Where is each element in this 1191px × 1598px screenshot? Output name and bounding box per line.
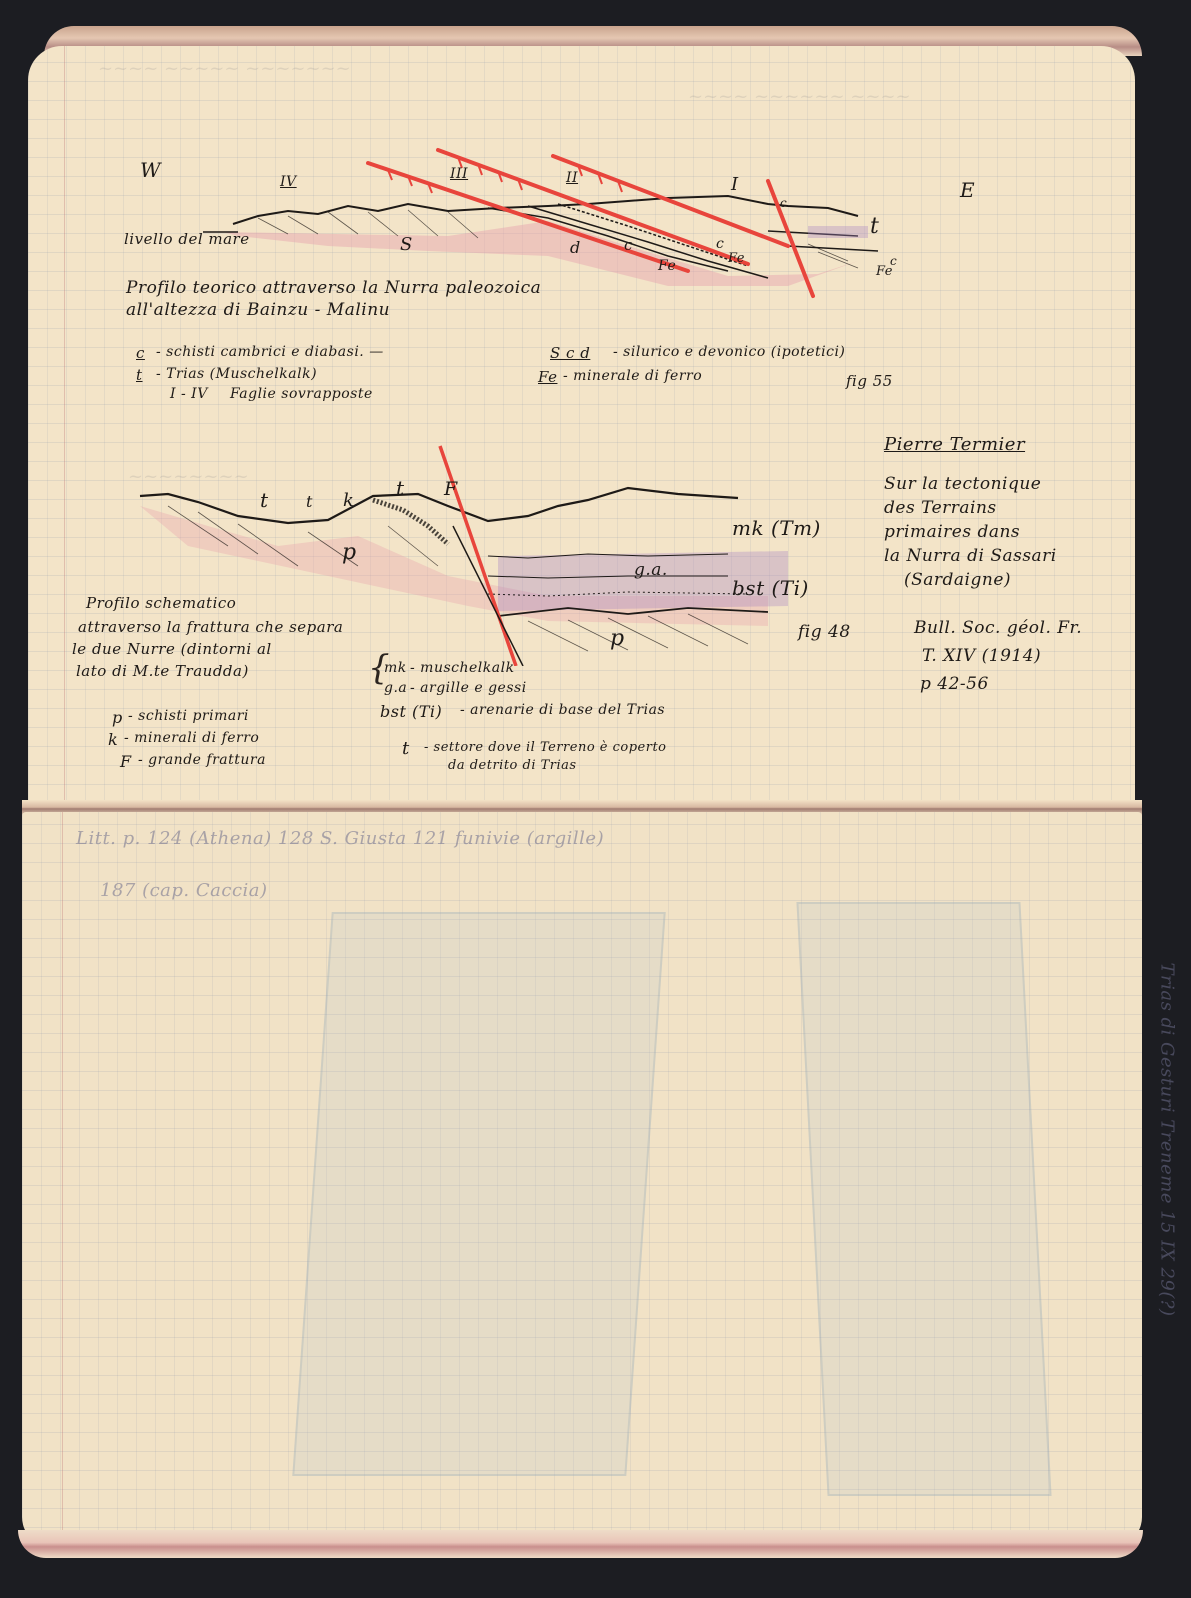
legend-symbol: S c d [550,344,590,362]
notebook-spread: ~~~~ ~~~~~ ~~~~~~~ ~~~~ ~~~~~~ ~~~~ ~~~~… [0,0,1191,1598]
legend-text: - muschelkalk [410,660,515,676]
stratum-label: c [716,236,724,252]
section1-caption-line1: Profilo teorico attraverso la Nurra pale… [126,278,541,298]
surface-label: k [343,490,354,511]
legend-symbol: F [120,752,132,771]
stratum-label: d [570,238,581,257]
legend-text: - settore dove il Terreno è coperto [424,740,667,755]
reference-title-line: la Nurra di Sassari [884,546,1057,566]
reference-author: Pierre Termier [884,434,1025,455]
legend-text: - minerali di ferro [124,730,259,746]
legend-symbol: mk [384,660,407,676]
legend-symbol: k [108,730,118,749]
section1-caption-line2: all'altezza di Bainzu - Malinu [126,300,390,320]
legend-symbol: t [402,738,410,759]
stratum-label: t [870,214,879,239]
legend-text: - arenarie di base del Trias [460,702,665,718]
legend-text: - schisti primari [128,708,249,724]
legend-symbol: Fe [538,368,557,386]
reference-pages: p 42-56 [920,674,989,694]
caption-line: le due Nurre (dintorni al [72,640,272,658]
legend-text: Faglie sovrapposte [230,386,373,402]
margin-line [62,812,63,1547]
stratum-label: S [400,234,413,255]
surface-label: t [306,492,313,511]
stratum-label: c [780,196,787,210]
bleed-through-sketch [796,902,1051,1496]
legend-text: - silurico e devonico (ipotetici) [613,344,845,360]
east-label: E [960,178,975,202]
legend-text: - Trias (Muschelkalk) [156,366,317,382]
reference-title-line: Sur la tectonique [884,474,1041,494]
caption-line: attraverso la frattura che separa [78,618,343,636]
vertical-pencil-note: Trias di Gesturi Treneme 15 IX 29(?) [1157,963,1178,1483]
reference-title-line: des Terrains [884,498,997,518]
sea-level-label: livello del mare [124,230,250,248]
caption-line: Profilo schematico [86,594,236,612]
reference-title-line: primaires dans [884,522,1020,542]
bleed-through-sketch [292,912,665,1476]
reference-journal: Bull. Soc. géol. Fr. [914,618,1082,638]
stratum-label: Fe [876,264,893,279]
west-label: W [140,158,161,182]
reference-volume: T. XIV (1914) [922,646,1041,666]
legend-symbol: I - IV [170,386,208,402]
bottom-page: Litt. p. 124 (Athena) 128 S. Giusta 121 … [22,812,1142,1547]
surface-label: t [396,476,405,500]
stratum-label: Fe [728,251,745,266]
nappe-label: IV [280,174,297,190]
unit-label: mk (Tm) [732,516,821,540]
reference-title-line: (Sardaigne) [904,570,1011,590]
nappe-label: III [450,166,468,182]
legend-symbol: t [136,366,143,384]
nappe-label: II [566,170,578,186]
stratum-label: c [624,236,633,254]
stratum-label: Fe [658,258,676,274]
legend-text: - grande frattura [138,752,266,768]
surface-label: t [260,488,269,512]
body-label: g.a. [634,560,668,580]
nappe-label: I [731,174,739,195]
legend-symbol: g.a [384,680,407,696]
legend-text: - minerale di ferro [563,368,702,384]
legend-symbol: p [112,708,123,727]
legend-text: - argille e gessi [410,680,527,696]
figure-reference: fig 48 [798,622,851,642]
legend-symbol: c [136,344,145,362]
body-label: p [610,626,625,651]
top-page: ~~~~ ~~~~~ ~~~~~~~ ~~~~ ~~~~~~ ~~~~ ~~~~… [28,46,1135,804]
fault-label: F [444,478,458,500]
pencil-note: 187 (cap. Caccia) [100,880,268,901]
legend-symbol: bst (Ti) [380,702,442,721]
legend-text: - schisti cambrici e diabasi. — [156,344,384,360]
page-edge-bottom [18,1530,1143,1558]
legend-text: da detrito di Trias [448,758,577,773]
body-label: p [342,540,357,565]
unit-label: bst (Ti) [732,576,809,600]
caption-line: lato di M.te Traudda) [76,662,249,680]
pencil-note: Litt. p. 124 (Athena) 128 S. Giusta 121 … [76,828,604,849]
figure-reference: fig 55 [846,372,893,390]
